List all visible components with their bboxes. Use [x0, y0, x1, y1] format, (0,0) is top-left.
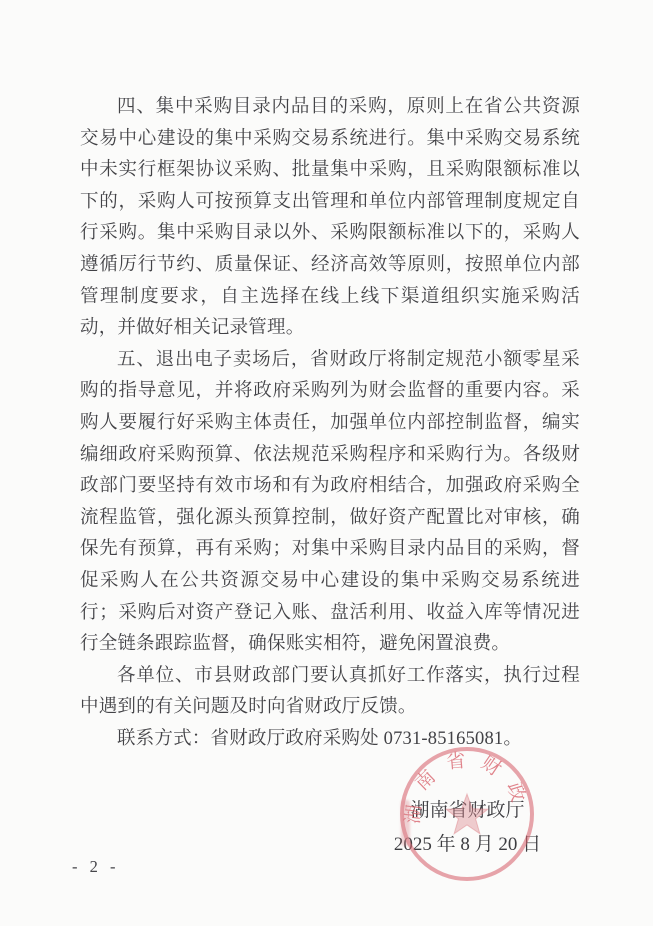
issue-date: 2025 年 8 月 20 日: [360, 828, 575, 862]
page-number: - 2 -: [72, 857, 120, 877]
body-paragraph: 四、集中采购目录内品目的采购，原则上在省公共资源交易中心建设的集中采购交易系统进…: [80, 92, 580, 345]
body-paragraph: 五、退出电子卖场后，省财政厅将制定规范小额零星采购的指导意见，并将政府采购列为财…: [80, 345, 580, 661]
document-body: 四、集中采购目录内品目的采购，原则上在省公共资源交易中心建设的集中采购交易系统进…: [80, 92, 580, 755]
signature-block: 湖南省财政厅 2025 年 8 月 20 日: [360, 794, 575, 862]
body-paragraph: 各单位、市县财政部门要认真抓好工作落实，执行过程中遇到的有关问题及时向省财政厅反…: [80, 661, 580, 724]
document-page: 四、集中采购目录内品目的采购，原则上在省公共资源交易中心建设的集中采购交易系统进…: [0, 0, 653, 926]
body-paragraph: 联系方式：省财政厅政府采购处 0731-85165081。: [80, 724, 580, 756]
seal-bleed-mark: [401, 800, 410, 846]
issuer-signature: 湖南省财政厅: [360, 794, 575, 828]
